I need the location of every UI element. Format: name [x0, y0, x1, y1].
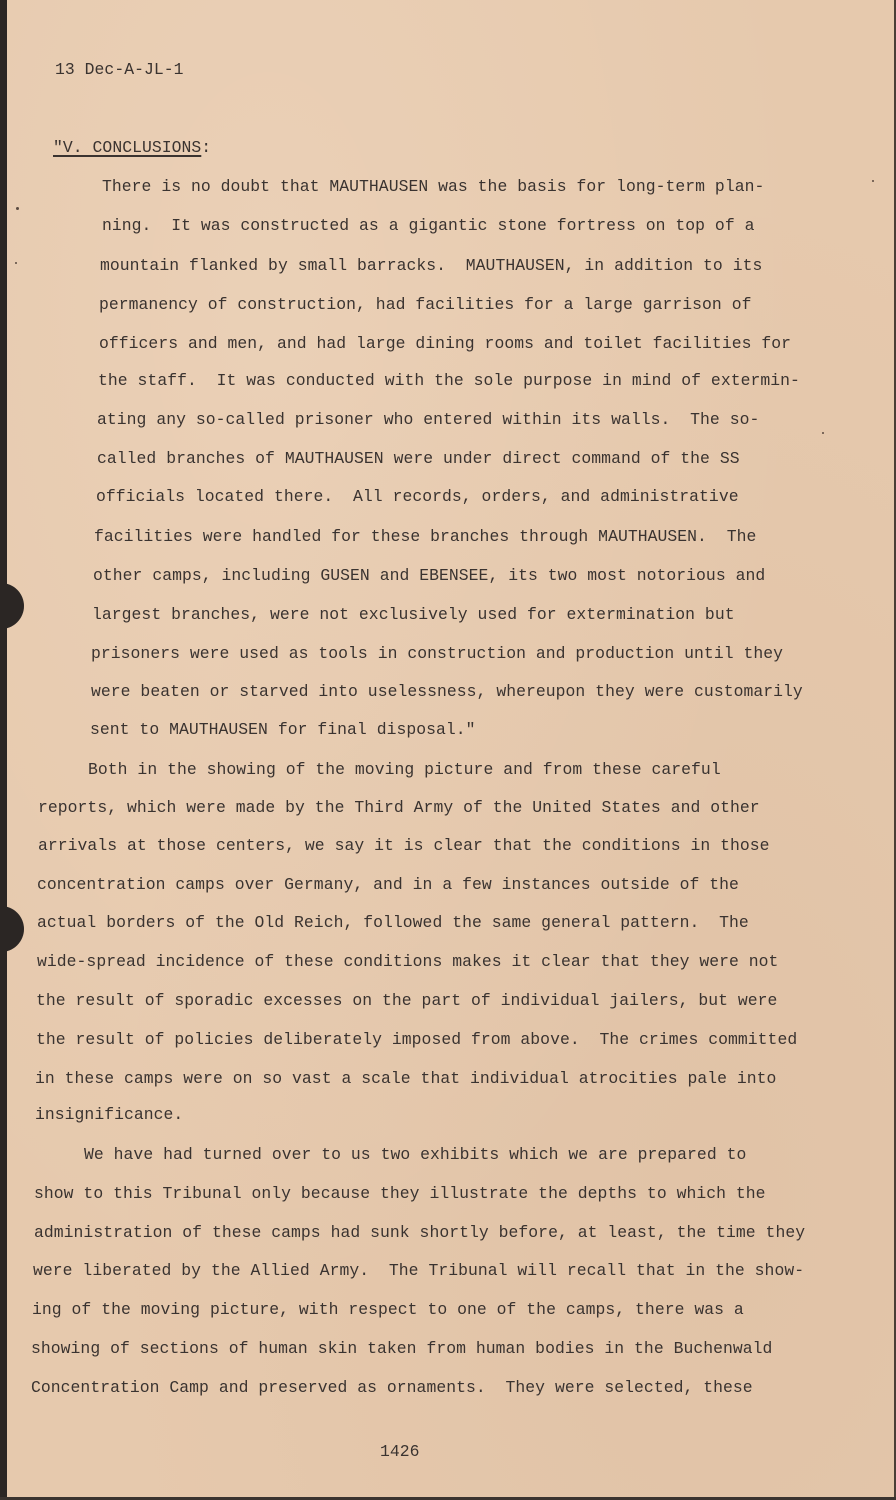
- quote-line: facilities were handled for these branch…: [94, 527, 756, 547]
- scan-left-edge: [0, 0, 7, 1500]
- paragraph-line: the result of sporadic excesses on the p…: [36, 991, 777, 1011]
- paragraph-line: reports, which were made by the Third Ar…: [38, 798, 760, 818]
- paragraph-line: actual borders of the Old Reich, followe…: [37, 913, 749, 933]
- paper-speck: [15, 262, 17, 264]
- quote-line: ning. It was constructed as a gigantic s…: [102, 216, 754, 236]
- punch-hole-icon: [0, 906, 24, 952]
- quote-line: largest branches, were not exclusively u…: [92, 605, 735, 625]
- paragraph-line: Concentration Camp and preserved as orna…: [31, 1378, 753, 1398]
- quote-line: the staff. It was conducted with the sol…: [98, 371, 800, 391]
- paragraph-line: in these camps were on so vast a scale t…: [35, 1069, 776, 1089]
- paragraph-line: were liberated by the Allied Army. The T…: [33, 1261, 804, 1281]
- quote-line: officers and men, and had large dining r…: [99, 334, 791, 354]
- quote-line: There is no doubt that MAUTHAUSEN was th…: [102, 177, 764, 197]
- paragraph-line: administration of these camps had sunk s…: [34, 1223, 805, 1243]
- paragraph-line: the result of policies deliberately impo…: [36, 1030, 797, 1050]
- paragraph-line: Both in the showing of the moving pictur…: [88, 760, 721, 780]
- section-heading: "V. CONCLUSIONS:: [53, 138, 211, 158]
- paragraph-line: showing of sections of human skin taken …: [31, 1339, 772, 1359]
- quote-line: other camps, including GUSEN and EBENSEE…: [93, 566, 765, 586]
- quote-line: mountain flanked by small barracks. MAUT…: [100, 256, 762, 276]
- quote-line: officials located there. All records, or…: [96, 487, 739, 507]
- document-page: 13 Dec-A-JL-1 "V. CONCLUSIONS: There is …: [0, 0, 896, 1500]
- paragraph-line: concentration camps over Germany, and in…: [37, 875, 739, 895]
- paragraph-line: We have had turned over to us two exhibi…: [84, 1145, 746, 1165]
- paragraph-line: ing of the moving picture, with respect …: [32, 1300, 744, 1320]
- paper-speck: [872, 180, 874, 182]
- section-heading-text: "V. CONCLUSIONS: [53, 138, 201, 157]
- paper-speck: [822, 432, 824, 434]
- document-reference: 13 Dec-A-JL-1: [55, 60, 184, 80]
- paragraph-line: wide-spread incidence of these condition…: [37, 952, 778, 972]
- page-number: 1426: [380, 1442, 420, 1462]
- paragraph-line: arrivals at those centers, we say it is …: [38, 836, 770, 856]
- paragraph-line: show to this Tribunal only because they …: [34, 1184, 766, 1204]
- quote-line: ating any so-called prisoner who entered…: [97, 410, 759, 430]
- quote-line: permanency of construction, had faciliti…: [99, 295, 751, 315]
- paragraph-line: insignificance.: [35, 1105, 183, 1125]
- punch-hole-icon: [0, 583, 24, 629]
- quote-line: sent to MAUTHAUSEN for final disposal.": [90, 720, 476, 740]
- quote-line: prisoners were used as tools in construc…: [91, 644, 783, 664]
- paper-speck: [16, 207, 19, 210]
- quote-line: were beaten or starved into uselessness,…: [91, 682, 803, 702]
- quote-line: called branches of MAUTHAUSEN were under…: [97, 449, 740, 469]
- section-heading-colon: :: [201, 138, 211, 158]
